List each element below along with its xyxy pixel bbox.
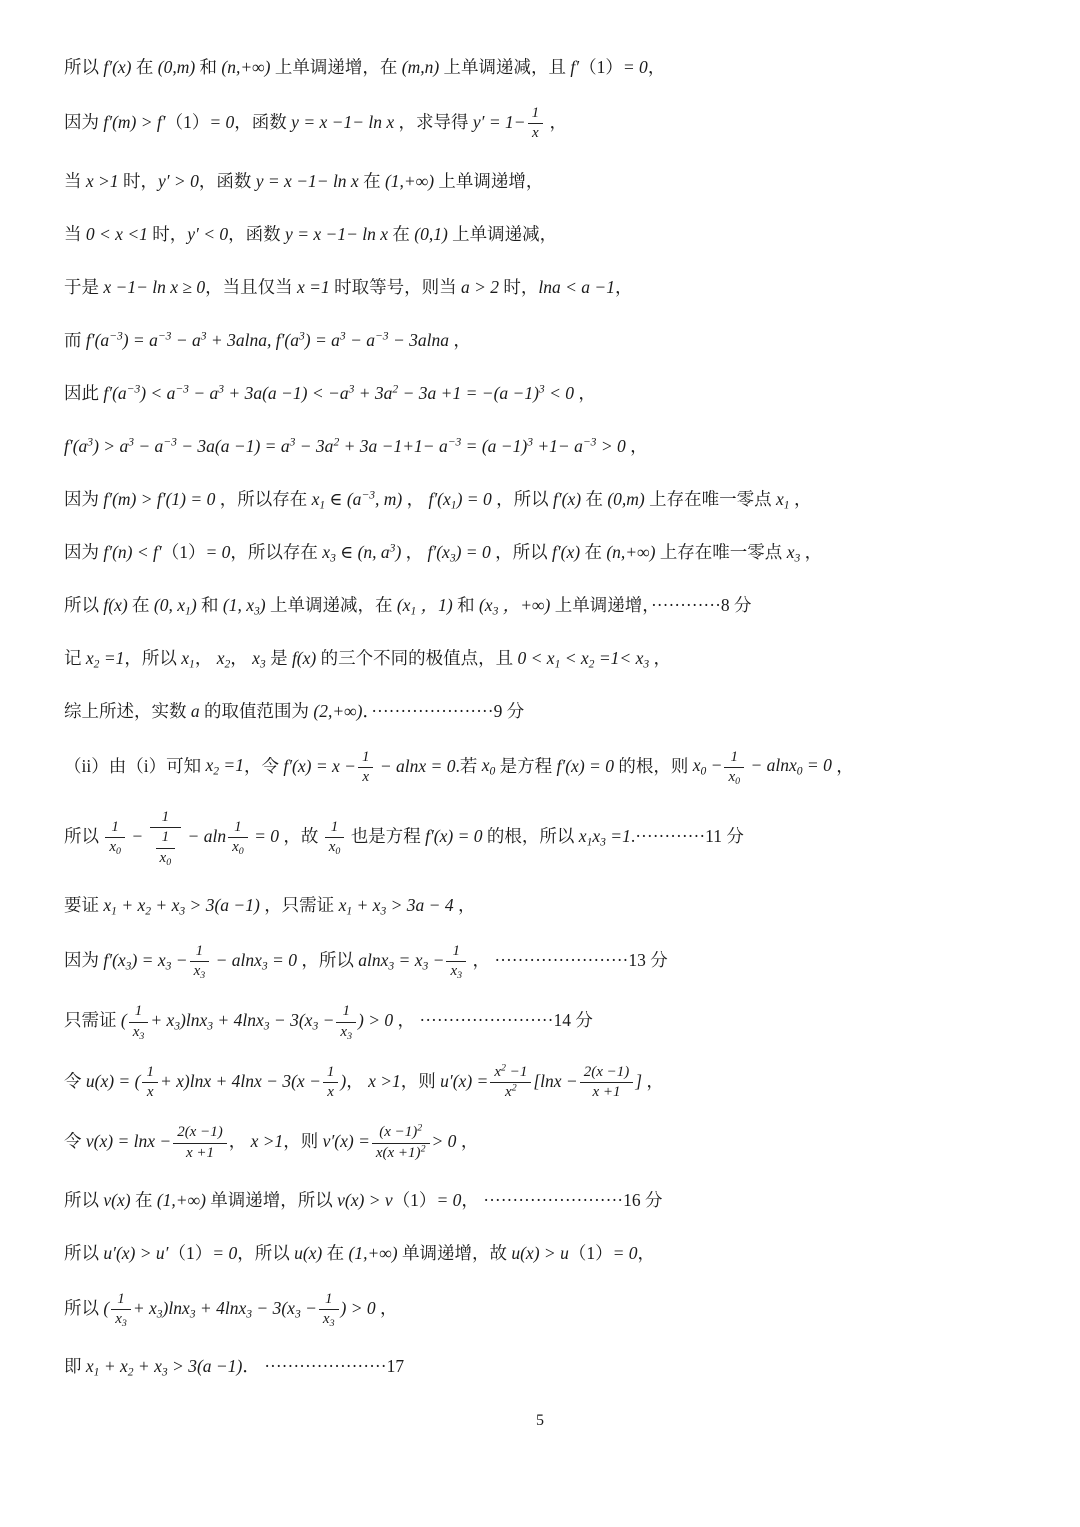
fraction-numerator: 1 (190, 943, 210, 962)
plain-text: ， (229, 1131, 251, 1151)
math-text: f′(x) (553, 489, 581, 509)
math-text: f′(a−3) = a−3 − a3 + 3alna, f′(a3) = a3 … (86, 330, 449, 350)
math-text: 1 (135, 1003, 143, 1019)
math-text: a > 2 (461, 277, 499, 297)
plain-text: 和 (197, 595, 223, 615)
fraction: 1x3 (334, 1003, 358, 1041)
plain-text: 记 (64, 648, 86, 668)
plain-text: ，所以 (297, 950, 358, 970)
plain-text: ························16 分 (479, 1190, 663, 1210)
math-text: x (147, 1084, 154, 1100)
plain-text: 单调递增，所以 (206, 1190, 337, 1210)
plain-text: ， (393, 1010, 415, 1030)
math-text: (0,m) (158, 57, 195, 77)
math-text: 2(x −1) (584, 1064, 630, 1080)
solution-line: （ii）由（i）可知 x2 =1，令 f′(x) = x −1x − alnx … (64, 749, 1012, 787)
math-text: x0 (109, 839, 121, 855)
fraction: 1x (356, 749, 376, 787)
plain-text: ，故 (279, 826, 323, 846)
fraction-numerator: 1 (724, 749, 744, 768)
math-text: f′(x) = x − (283, 755, 356, 775)
fraction: 1x0 (154, 829, 178, 867)
plain-text: ， (615, 277, 633, 297)
math-text: x(x +1)2 (376, 1145, 426, 1161)
plain-text: 在 (128, 595, 154, 615)
solution-line: 所以 v(x) 在 (1,+∞) 单调递增，所以 v(x) > v（1）= 0，… (64, 1185, 1012, 1215)
plain-text: ． (242, 1356, 260, 1376)
solution-line: 要证 x1 + x2 + x3 > 3(a −1) ，只需证 x1 + x3 >… (64, 890, 1012, 920)
fraction-denominator: x0 (228, 838, 248, 856)
fraction-denominator: x (528, 124, 544, 142)
fraction-denominator: x3 (129, 1023, 149, 1041)
math-text: + x3)lnx3 + 4lnx3 − 3(x3 − (133, 1298, 317, 1318)
math-text: x3 (115, 1311, 127, 1327)
fraction: 1x3 (188, 943, 212, 981)
math-text: x3 (252, 648, 266, 668)
fraction: 2(x −1)x +1 (171, 1124, 229, 1162)
math-text: u′(x) = (440, 1071, 488, 1091)
plain-text: 因为 (64, 950, 103, 970)
plain-text: 时， (499, 277, 538, 297)
plain-text: 上单调递增，在 (271, 57, 402, 77)
plain-text: 在 (388, 224, 414, 244)
math-text: x2 =1 (205, 755, 244, 775)
math-text: x2 (505, 1084, 517, 1100)
math-text: y′ < 0 (187, 224, 228, 244)
fraction: 1x (321, 1064, 341, 1102)
fraction-denominator: 1x0 (150, 828, 182, 867)
plain-text: ，则 (283, 1131, 322, 1151)
math-text: x1 (776, 489, 790, 509)
plain-text: 也是方程 (346, 826, 425, 846)
solution-line: 因为 f′(x3) = x3 −1x3 − alnx3 = 0 ，所以 alnx… (64, 943, 1012, 981)
math-text: f′(x3) = 0 (428, 542, 491, 562)
solution-line: 所以 u′(x) > u′（1）= 0，所以 u(x) 在 (1,+∞) 单调递… (64, 1238, 1012, 1268)
plain-text: ． (362, 701, 371, 721)
plain-text: 在 (131, 1190, 157, 1210)
plain-text: ·······················14 分 (415, 1010, 593, 1030)
plain-text: 因此 (64, 383, 103, 403)
solution-line: 即 x1 + x2 + x3 > 3(a −1)． ··············… (64, 1351, 1012, 1381)
plain-text: ， (790, 489, 812, 509)
fraction-denominator: x3 (190, 962, 210, 980)
fraction-denominator: x0 (105, 838, 125, 856)
math-text: x >1 (251, 1131, 284, 1151)
math-text: 1 (325, 1291, 333, 1307)
math-text: f(x) (103, 595, 127, 615)
fraction-numerator: 1 (105, 819, 125, 838)
math-text: x3 (194, 963, 206, 979)
plain-text: ， (461, 1190, 479, 1210)
math-text: (n,+∞) (606, 542, 655, 562)
plain-text: （1） (569, 1243, 613, 1263)
fraction-numerator: 1 (358, 749, 374, 768)
math-text: y′ = 1− (473, 112, 526, 132)
plain-text: 的取值范围为 (200, 701, 314, 721)
math-text: = 0 (250, 826, 279, 846)
math-text: f′(x) (552, 542, 580, 562)
plain-text: （1） (579, 57, 623, 77)
plain-text: ， (626, 436, 648, 456)
plain-text: ，令 (244, 755, 283, 775)
math-text: = 0 (436, 1190, 461, 1210)
plain-text: ， (456, 1131, 478, 1151)
math-text: 1 (146, 1064, 154, 1080)
solution-line: 所以 1x0 − 11x0 − aln1x0 = 0 ，故 1x0 也是方程 f… (64, 809, 1012, 867)
plain-text: （1） (393, 1190, 437, 1210)
plain-text: ，所以存在 (215, 489, 311, 509)
fraction: 1x (526, 105, 546, 143)
math-text: 1 (453, 943, 461, 959)
plain-text: ， (195, 648, 217, 668)
fraction-denominator: x0 (724, 768, 744, 786)
math-text: 1 (731, 749, 739, 765)
solution-line: 只需证 (1x3+ x3)lnx3 + 4lnx3 − 3(x3 −1x3) >… (64, 1003, 1012, 1041)
plain-text: ， (649, 648, 671, 668)
plain-text: 而 (64, 330, 86, 350)
fraction-numerator: 1 (150, 809, 182, 828)
solution-line: 于是 x −1− ln x ≥ 0，当且仅当 x =1 时取等号，则当 a > … (64, 272, 1012, 302)
fraction: 1x3 (109, 1291, 133, 1329)
fraction-numerator: 1 (323, 1064, 339, 1083)
plain-text: 的根，所以 (483, 826, 579, 846)
plain-text: 的根，则 (614, 755, 693, 775)
plain-text: 即 (64, 1356, 86, 1376)
math-text: x3 (340, 1024, 352, 1040)
math-text: f′(x) (103, 57, 131, 77)
math-text: x1 (181, 648, 195, 668)
plain-text: 是 (266, 648, 292, 668)
math-text: 1 (342, 1003, 350, 1019)
plain-text: 上单调递增， (434, 171, 543, 191)
plain-text: ， (230, 648, 252, 668)
math-text: v(x) > v (337, 1190, 393, 1210)
math-text: = 0 (209, 112, 234, 132)
math-text: x0 − (693, 755, 723, 775)
math-text: x1 + x2 + x3 > 3(a −1) (103, 895, 259, 915)
math-text: 0 < x <1 (86, 224, 148, 244)
math-text: (m,n) (402, 57, 439, 77)
math-text: x >1 (368, 1071, 401, 1091)
math-text: x1x3 =1 (579, 826, 631, 846)
solution-line: 因为 f′(m) > f′(1) = 0 ，所以存在 x1 ∈ (a−3, m)… (64, 484, 1012, 514)
math-text: f′(n) < f′ (103, 542, 161, 562)
plain-text: 上单调递减，在 (266, 595, 397, 615)
solution-line: 所以 (1x3+ x3)lnx3 + 4lnx3 − 3(x3 −1x3) > … (64, 1291, 1012, 1329)
math-text: x0 (160, 850, 172, 866)
math-text: x +1 (186, 1145, 214, 1161)
math-text: 1 (196, 943, 204, 959)
math-text: + x)lnx + 4lnx − 3(x − (160, 1071, 321, 1091)
math-text: x3 (787, 542, 801, 562)
plain-text: 当 (64, 171, 86, 191)
math-text: f′(m) > f′ (103, 112, 165, 132)
fraction-numerator: 1 (325, 819, 345, 838)
plain-text: ，所以 (492, 489, 553, 509)
plain-text: 和 (453, 595, 479, 615)
math-text: x +1 (592, 1084, 620, 1100)
plain-text: ·····················17 (260, 1356, 404, 1376)
math-text: x1 + x3 > 3a − 4 (339, 895, 454, 915)
fraction-numerator: (x −1)2 (372, 1124, 430, 1143)
document-page: 所以 f′(x) 在 (0,m) 和 (n,+∞) 上单调递增，在 (m,n) … (0, 0, 1080, 1527)
plain-text: 在 (359, 171, 385, 191)
plain-text: 在 (580, 542, 606, 562)
math-text: u′(x) > u′ (103, 1243, 168, 1263)
plain-text: 上单调递减， (448, 224, 557, 244)
fraction-numerator: 2(x −1) (580, 1064, 634, 1083)
math-text: x3 (323, 1311, 335, 1327)
math-text: y = x −1− ln x (291, 112, 394, 132)
plain-text: 令 (64, 1131, 86, 1151)
math-text: x3 (133, 1024, 145, 1040)
fraction-denominator: x3 (336, 1023, 356, 1041)
plain-text: ， (346, 1071, 368, 1091)
plain-text: 时， (119, 171, 158, 191)
fraction-numerator: 2(x −1) (173, 1124, 227, 1143)
solution-line: 所以 f(x) 在 (0, x1) 和 (1, x3) 上单调递减，在 (x1 … (64, 590, 1012, 620)
math-text: x =1 (297, 277, 330, 297)
fraction: 1x3 (127, 1003, 151, 1041)
math-text: ) > 0 (358, 1010, 393, 1030)
math-text: x2 −1 (494, 1064, 527, 1080)
fraction: (x −1)2x(x +1)2 (370, 1124, 432, 1162)
solution-line: 而 f′(a−3) = a−3 − a3 + 3alna, f′(a3) = a… (64, 325, 1012, 355)
plain-text: 上单调递减，且 (439, 57, 570, 77)
math-text: (1, x3) (223, 595, 266, 615)
fraction-denominator: x (142, 1083, 158, 1101)
math-text: y = x −1− ln x (285, 224, 388, 244)
math-text: (x3 ，+∞) (479, 595, 550, 615)
plain-text: 时取等号，则当 (330, 277, 461, 297)
fraction: 1x (140, 1064, 160, 1102)
plain-text: 要证 (64, 895, 103, 915)
fraction-numerator: 1 (129, 1003, 149, 1022)
plain-text: ·······················13 分 (490, 950, 668, 970)
plain-text: （1） (162, 542, 206, 562)
plain-text: ，当且仅当 (205, 277, 297, 297)
math-text: f′ (570, 57, 579, 77)
math-text: 1 (331, 819, 339, 835)
fraction-numerator: 1 (446, 943, 466, 962)
fraction: 1x0 (323, 819, 347, 857)
plain-text: ， (648, 57, 666, 77)
math-text: a (191, 701, 200, 721)
plain-text: ，函数 (234, 112, 291, 132)
plain-text: 所以 (64, 1243, 103, 1263)
plain-text: 是方程 (495, 755, 556, 775)
solution-line: 令 v(x) = lnx −2(x −1)x +1， x >1，则 v′(x) … (64, 1124, 1012, 1162)
fraction: 1x0 (722, 749, 746, 787)
solution-line: f′(a3) > a3 − a−3 − 3a(a −1) = a3 − 3a2 … (64, 431, 1012, 461)
math-text: x2 (217, 648, 231, 668)
math-text: − alnx3 = 0 (211, 950, 297, 970)
math-text: u(x) (294, 1243, 322, 1263)
plain-text: ， (545, 112, 567, 132)
fraction-denominator: x(x +1)2 (372, 1144, 430, 1162)
plain-text: ， (401, 542, 427, 562)
plain-text: ，函数 (199, 171, 256, 191)
math-text: x1 ∈ (a−3, m) (312, 489, 403, 509)
math-text: (0, x1) (154, 595, 197, 615)
plain-text: 所以 (64, 595, 103, 615)
fraction-denominator: x3 (111, 1310, 131, 1328)
fraction-numerator: 1 (111, 1291, 131, 1310)
plain-text: .若 (455, 755, 481, 775)
math-text: (1,+∞) (385, 171, 434, 191)
fraction: x2 −1x2 (488, 1064, 533, 1102)
math-text: f′(x) = 0 (557, 755, 614, 775)
math-text: 1 (327, 1064, 335, 1080)
fraction-denominator: x (323, 1083, 339, 1101)
solution-line: 所以 f′(x) 在 (0,m) 和 (n,+∞) 上单调递增，在 (m,n) … (64, 52, 1012, 82)
math-text: u(x) > u (511, 1243, 568, 1263)
math-text: = 0 (623, 57, 648, 77)
math-text: f′(x3) = x3 − (103, 950, 187, 970)
plain-text: 综上所述，实数 (64, 701, 191, 721)
fraction: 1x3 (444, 943, 468, 981)
math-text: x0 (728, 769, 740, 785)
math-text: (n,+∞) (221, 57, 270, 77)
fraction-numerator: 1 (528, 105, 544, 124)
math-text: f′(x1) = 0 (428, 489, 491, 509)
fraction-denominator: x0 (156, 849, 176, 867)
plain-text: （1） (169, 1243, 213, 1263)
math-text: x0 (329, 839, 341, 855)
fraction: 11x0 (148, 809, 184, 867)
math-text: lna < a −1 (538, 277, 615, 297)
plain-text: ， (454, 895, 476, 915)
math-text: x2 =1 (86, 648, 125, 668)
solution-line: 因为 f′(n) < f′（1）= 0，所以存在 x3 ∈ (n, a3) ， … (64, 537, 1012, 567)
fraction-denominator: x0 (325, 838, 345, 856)
fraction-denominator: x (358, 768, 374, 786)
plain-text: ············8 分 (651, 595, 752, 615)
math-text: = 0 (613, 1243, 638, 1263)
solution-line: 令 u(x) = (1x+ x)lnx + 4lnx − 3(x −1x)， x… (64, 1064, 1012, 1102)
math-text: (1,+∞) (349, 1243, 398, 1263)
math-text: f′(m) > f′(1) = 0 (103, 489, 215, 509)
plain-text: 的三个不同的极值点，且 (316, 648, 517, 668)
fraction: 1x3 (317, 1291, 341, 1329)
math-text: + x3)lnx3 + 4lnx3 − 3(x3 − (150, 1010, 334, 1030)
plain-text: ，只需证 (260, 895, 339, 915)
plain-text: 因为 (64, 489, 103, 509)
math-text: x0 (482, 755, 496, 775)
fraction-numerator: 1 (156, 829, 176, 848)
plain-text: ，所以 (124, 648, 181, 668)
plain-text: 在 (322, 1243, 348, 1263)
plain-text: 所以 (64, 826, 103, 846)
math-text: x (362, 769, 369, 785)
plain-text: 于是 (64, 277, 103, 297)
plain-text: ，所以 (237, 1243, 294, 1263)
plain-text: 所以 (64, 1190, 103, 1210)
math-text: 2(x −1) (177, 1124, 223, 1140)
plain-text: 所以 (64, 57, 103, 77)
plain-text: ，所以 (491, 542, 552, 562)
plain-text: ， (449, 330, 471, 350)
math-text: − alnx = 0 (375, 755, 455, 775)
fraction-denominator: x +1 (580, 1083, 634, 1101)
plain-text: （ii）由（i）可知 (64, 755, 205, 775)
math-text: = 0 (212, 1243, 237, 1263)
plain-text: 在 (132, 57, 158, 77)
math-text: > 0 (432, 1131, 457, 1151)
plain-text: ，所以存在 (230, 542, 322, 562)
solution-line: 因为 f′(m) > f′（1）= 0，函数 y = x −1− ln x ，求… (64, 105, 1012, 143)
math-text: x −1− ln x ≥ 0 (103, 277, 205, 297)
page-number: 5 (0, 1412, 1080, 1430)
math-text: v(x) = lnx − (86, 1131, 171, 1151)
fraction-numerator: 1 (228, 819, 248, 838)
math-text: (2,+∞) (313, 701, 362, 721)
plain-text: ， (574, 383, 596, 403)
plain-text: ， (376, 1298, 398, 1318)
math-text: (0,m) (607, 489, 644, 509)
math-text: x1 + x2 + x3 > 3(a −1) (86, 1356, 242, 1376)
fraction-denominator: x +1 (173, 1144, 227, 1162)
plain-text: ，函数 (228, 224, 285, 244)
fraction-numerator: 1 (319, 1291, 339, 1310)
solution-text: 所以 f′(x) 在 (0,m) 和 (n,+∞) 上单调递增，在 (m,n) … (64, 52, 1012, 1381)
math-text: 1 (117, 1291, 125, 1307)
plain-text: 因为 (64, 112, 103, 132)
plain-text: ， (800, 542, 822, 562)
fraction-denominator: x3 (319, 1310, 339, 1328)
math-text: 1 (162, 809, 170, 825)
math-text: x3 (450, 963, 462, 979)
plain-text: 只需证 (64, 1010, 121, 1030)
plain-text: 令 (64, 1071, 86, 1091)
plain-text: 在 (581, 489, 607, 509)
plain-text: ， (832, 755, 854, 775)
plain-text: ， (468, 950, 490, 970)
plain-text: 所以 (64, 1298, 103, 1318)
plain-text: 时， (148, 224, 187, 244)
math-text: 1 (234, 819, 242, 835)
fraction-numerator: 1 (336, 1003, 356, 1022)
solution-line: 当 x >1 时，y′ > 0，函数 y = x −1− ln x 在 (1,+… (64, 166, 1012, 196)
math-text: y = x −1− ln x (256, 171, 359, 191)
math-text: (x −1)2 (379, 1124, 422, 1140)
math-text: ) > 0 (341, 1298, 376, 1318)
math-text: x (532, 125, 539, 141)
fraction-denominator: x2 (490, 1083, 531, 1101)
plain-text: 单调递增，故 (398, 1243, 512, 1263)
math-text: u(x) = ( (86, 1071, 141, 1091)
math-text: (0,1) (414, 224, 448, 244)
math-text: f′(x) = 0 (425, 826, 482, 846)
plain-text: .············11 分 (631, 826, 744, 846)
fraction: 1x0 (226, 819, 250, 857)
math-text: (1,+∞) (157, 1190, 206, 1210)
math-text: v(x) (103, 1190, 130, 1210)
plain-text: ，则 (401, 1071, 440, 1091)
math-text: y′ > 0 (158, 171, 199, 191)
math-text: [lnx − (533, 1071, 577, 1091)
math-text: f(x) (292, 648, 316, 668)
math-text: 1 (162, 829, 170, 845)
plain-text: ， (402, 489, 428, 509)
solution-line: 记 x2 =1，所以 x1， x2， x3 是 f(x) 的三个不同的极值点，且… (64, 643, 1012, 673)
solution-line: 综上所述，实数 a 的取值范围为 (2,+∞)．················… (64, 696, 1012, 726)
math-text: x (327, 1084, 334, 1100)
math-text: − alnx0 = 0 (746, 755, 832, 775)
plain-text: （1） (166, 112, 210, 132)
math-text: − (127, 826, 148, 846)
plain-text: ， (642, 1071, 664, 1091)
